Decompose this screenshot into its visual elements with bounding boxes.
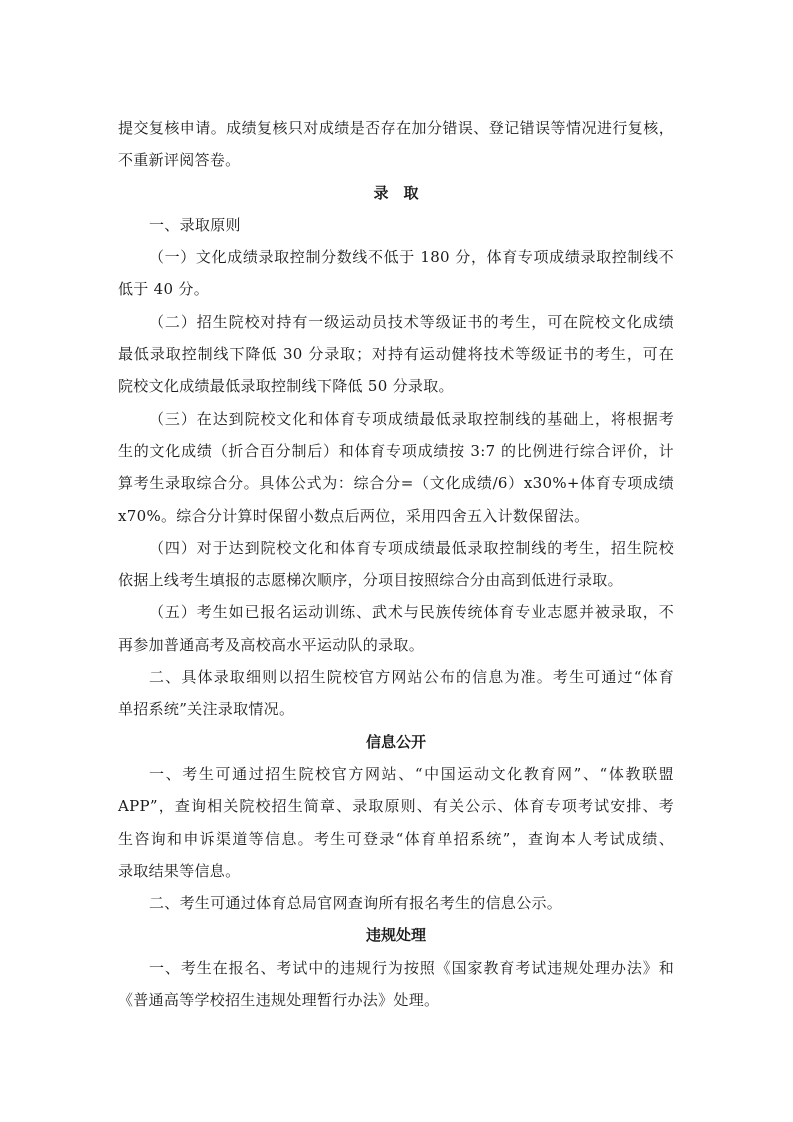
paragraph-line: 录取结果等信息。: [118, 859, 674, 891]
paragraph-line: 低于 40 分。: [118, 277, 674, 309]
section-heading-admission: 录 取: [118, 181, 674, 213]
paragraph-line: 提交复核申请。成绩复核只对成绩是否存在加分错误、登记错误等情况进行复核，: [118, 116, 674, 148]
paragraph-line: 单招系统”关注录取情况。: [118, 697, 674, 729]
paragraph-line: （三）在达到院校文化和体育专项成绩最低录取控制线的基础上，将根据考: [118, 407, 674, 439]
paragraph-line: 最低录取控制线下降低 30 分录取；对持有运动健将技术等级证书的考生，可在: [118, 342, 674, 374]
paragraph-line: 一、考生可通过招生院校官方网站、“中国运动文化教育网”、“体教联盟: [118, 762, 674, 794]
paragraph-line: 《普通高等学校招生违规处理暂行办法》处理。: [118, 988, 674, 1020]
paragraph-line: （二）招生院校对持有一级运动员技术等级证书的考生，可在院校文化成绩: [118, 310, 674, 342]
section-heading-violations: 违规处理: [118, 923, 674, 955]
paragraph-line: 二、考生可通过体育总局官网查询所有报名考生的信息公示。: [118, 891, 674, 923]
section-heading-info-disclosure: 信息公开: [118, 730, 674, 762]
paragraph-line: 依据上线考生填报的志愿梯次顺序，分项目按照综合分由高到低进行录取。: [118, 568, 674, 600]
paragraph-line: 再参加普通高考及高校高水平运动队的录取。: [118, 633, 674, 665]
paragraph-line: 不重新评阅答卷。: [118, 148, 674, 180]
paragraph-line: 二、具体录取细则以招生院校官方网站公布的信息为准。考生可通过“体育: [118, 665, 674, 697]
paragraph-line: （四）对于达到院校文化和体育专项成绩最低录取控制线的考生，招生院校: [118, 536, 674, 568]
paragraph-line: APP”，查询相关院校招生简章、录取原则、有关公示、体育专项考试安排、考: [118, 794, 674, 826]
paragraph-line: x70%。综合分计算时保留小数点后两位，采用四舍五入计数保留法。: [118, 504, 674, 536]
document-page: 提交复核申请。成绩复核只对成绩是否存在加分错误、登记错误等情况进行复核， 不重新…: [118, 116, 674, 1020]
paragraph-line: 院校文化成绩最低录取控制线下降低 50 分录取。: [118, 374, 674, 406]
paragraph-line: 生咨询和申诉渠道等信息。考生可登录“体育单招系统”，查询本人考试成绩、: [118, 827, 674, 859]
paragraph-line: 生的文化成绩（折合百分制后）和体育专项成绩按 3:7 的比例进行综合评价，计: [118, 439, 674, 471]
paragraph-line: （一）文化成绩录取控制分数线不低于 180 分，体育专项成绩录取控制线不: [118, 245, 674, 277]
paragraph-line: 一、考生在报名、考试中的违规行为按照《国家教育考试违规处理办法》和: [118, 956, 674, 988]
paragraph-line: （五）考生如已报名运动训练、武术与民族传统体育专业志愿并被录取，不: [118, 600, 674, 632]
paragraph-line: 算考生录取综合分。具体公式为：综合分=（文化成绩/6）x30%+体育专项成绩: [118, 471, 674, 503]
paragraph-line: 一、录取原则: [118, 213, 674, 245]
